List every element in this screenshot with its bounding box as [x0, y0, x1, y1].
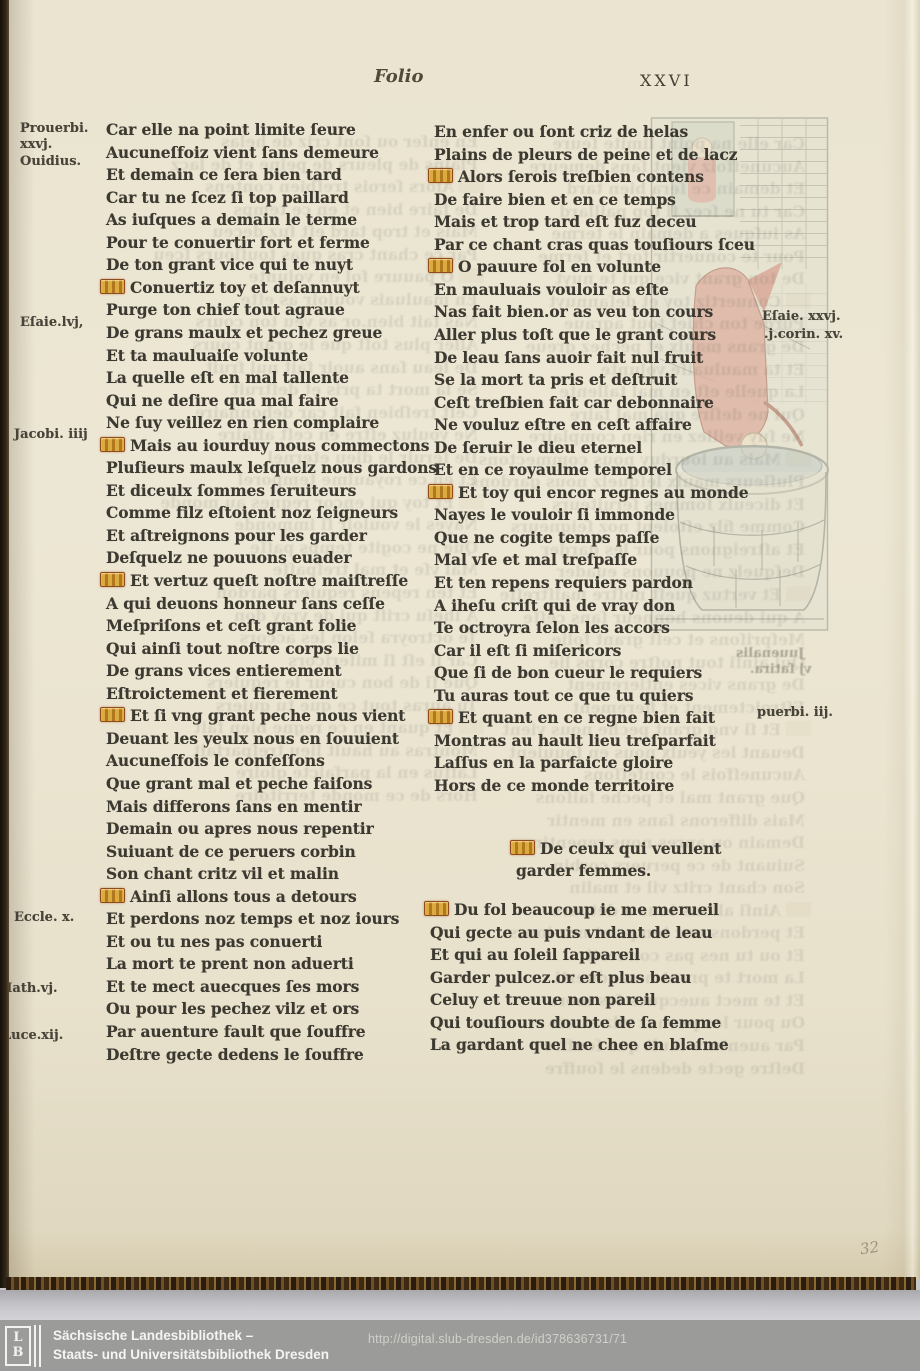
verse-text: Hors de ce monde territoire: [434, 776, 674, 795]
verse-line: Aucuneſfoiz vient ſans demeure: [106, 142, 379, 164]
verse-line: Son chant critz vil et malin: [106, 863, 339, 885]
verse-line: Pluſieurs maulx leſquelz nous gardons: [106, 457, 437, 479]
illuminated-paragraph-mark: [100, 707, 125, 722]
verse-line: Ainſi allons tous a detours: [106, 886, 357, 908]
verse-line: Ceſt treſbien fait car debonnaire: [434, 392, 714, 414]
verse-text: Mais differons ſans en mentir: [547, 811, 805, 830]
verse-line: Comme filz eſtoient noz ſeigneurs: [106, 502, 398, 524]
verse-text: garder femmes.: [516, 861, 651, 880]
margin-citation: Ouidius.: [20, 154, 81, 169]
verse-line: Hors de ce monde territoire: [434, 775, 674, 797]
verse-line: Et qui au ſoleil ſappareil: [430, 944, 640, 966]
verse-line: A qui deuons honneur ſans ceſſe: [106, 593, 385, 615]
verse-text: Eſtroictement et fierement: [106, 684, 338, 703]
verse-line: Deſquelz ne pouuons euader: [106, 547, 351, 569]
verse-text: O pauure fol en volunte: [458, 257, 661, 276]
slub-logo-letter-l: L: [13, 1331, 22, 1345]
verse-line: Et quant en ce regne bien fait: [434, 707, 715, 729]
verse-line: Et ta mauluaiſe volunte: [106, 345, 308, 367]
verse-line: Et ou tu nes pas conuerti: [106, 931, 322, 953]
verse-line: O pauure fol en volunte: [434, 256, 661, 278]
verse-text: Et aſtreignons pour les garder: [106, 526, 367, 545]
verse-text: Nas fait bien.or as veu ton cours: [434, 302, 713, 321]
verse-line: Que ſi de bon cueur le requiers: [434, 662, 702, 684]
verse-text: Car tu ne ſcez ſi top paillard: [106, 188, 349, 207]
verse-text: De faire bien et en ce temps: [434, 190, 676, 209]
verse-text: Laſſus en la parfaicte gloire: [434, 753, 673, 772]
verse-text: Par auenture fault que ſouffre: [106, 1022, 366, 1041]
verse-text: Par ce chant cras quas touſiours ſceu: [434, 235, 755, 254]
margin-citation: Jacobi. iiij: [14, 427, 88, 442]
verse-text: Et ten repens requiers pardon: [434, 573, 693, 592]
verse-text: La mort te prent non aduerti: [106, 954, 354, 973]
verse-text: Qui ne deſire qua mal faire: [106, 391, 338, 410]
verse-line: Nas fait bien.or as veu ton cours: [434, 301, 713, 323]
verse-text: Et ou tu nes pas conuerti: [106, 932, 322, 951]
slub-logo-bar: [34, 1325, 36, 1367]
verse-line: Meſpriſons et ceſt grant folie: [106, 615, 356, 637]
verse-text: Et toy qui encor regnes au monde: [458, 483, 748, 502]
verse-text: De leau ſans auoir fait nul fruit: [434, 348, 703, 367]
verse-line: De grans vices entierement: [106, 660, 342, 682]
verse-line: Celuy et treuue non pareil: [430, 989, 656, 1011]
verse-text: De grans vices entierement: [106, 661, 342, 680]
verse-text: Montras au hault lieu treſparfait: [434, 731, 716, 750]
verse-line: Montras au hault lieu treſparfait: [434, 730, 716, 752]
verse-line: Et ten repens requiers pardon: [434, 572, 693, 594]
verse-line: Deuant les yeulx nous en ſouuient: [106, 728, 399, 750]
verse-line: Car il eſt ſi miſericors: [434, 640, 621, 662]
verse-text: Aller plus toſt que le grant cours: [434, 325, 716, 344]
verse-line: De ceulx qui veullent: [516, 838, 721, 860]
verse-text: Ainſi allons tous a detours: [130, 887, 357, 906]
verse-line: En mauluais vouloir as eſte: [434, 279, 669, 301]
verse-line: Et ſi vng grant peche nous vient: [106, 705, 405, 727]
folio-number: XXVI: [640, 71, 693, 90]
verse-text: Suiuant de ce peruers corbin: [106, 842, 356, 861]
verse-line: Suiuant de ce peruers corbin: [106, 841, 356, 863]
verse-text: Plains de pleurs de peine et de lacz: [434, 145, 737, 164]
verse-text: Deſtre gecte dedens le ſouffre: [106, 1045, 364, 1064]
illuminated-paragraph-mark: [786, 721, 811, 736]
verse-line: Et te mect auecques ſes mors: [106, 976, 359, 998]
verse-text: Qui touſiours doubte de ſa femme: [430, 1013, 721, 1032]
verse-line: Aller plus toſt que le grant cours: [434, 324, 716, 346]
verse-text: A qui deuons honneur ſans ceſſe: [106, 594, 385, 613]
verse-line: La quelle eſt en mal tallente: [106, 367, 349, 389]
verse-text: Se la mort ta pris et deſtruit: [434, 370, 677, 389]
verse-text: Ou pour les pechez vilz et ors: [106, 999, 359, 1018]
verse-line: Mais differons ſans en mentir: [547, 810, 805, 832]
verse-text: Du fol beaucoup ie me merueil: [454, 900, 719, 919]
verse-text: Demain ou apres nous repentir: [106, 819, 374, 838]
illuminated-paragraph-mark: [510, 840, 535, 855]
verse-line: Se la mort ta pris et deſtruit: [434, 369, 677, 391]
verse-line: Demain ou apres nous repentir: [106, 818, 374, 840]
verse-text: Et ſi vng grant peche nous vient: [130, 706, 405, 725]
verse-text: Pour te conuertir fort et ferme: [106, 233, 370, 252]
verse-text: De grans maulx et pechez greue: [106, 323, 382, 342]
verse-text: Ceſt treſbien fait car debonnaire: [434, 393, 714, 412]
illuminated-paragraph-mark: [100, 437, 125, 452]
verse-column-left: Car elle na point limite ſeureAucuneſfoi…: [106, 119, 436, 1069]
verse-line: Que ne cogite temps paſſe: [434, 527, 659, 549]
verse-text: Nayes le vouloir ſi immonde: [434, 505, 675, 524]
margin-citation: xxvj.: [20, 137, 52, 152]
verse-line: Pour te conuertir fort et ferme: [106, 232, 370, 254]
verse-line: Du fol beaucoup ie me merueil: [430, 899, 719, 921]
verse-line: Qui ainſi tout noſtre corps lie: [106, 638, 359, 660]
verse-line: A iheſu criſt qui de vray don: [434, 595, 675, 617]
verse-line: Et aſtreignons pour les garder: [106, 525, 367, 547]
margin-citation: Luce.xij.: [2, 1028, 63, 1043]
verse-line: Mais au iourduy nous commectons: [106, 435, 429, 457]
verse-line: En enfer ou ſont criz de helas: [434, 121, 688, 143]
verse-text: Qui gecte au puis vndant de leau: [430, 923, 712, 942]
verse-line: De leau ſans auoir fait nul fruit: [434, 347, 703, 369]
verse-column-right-bottom: Du fol beaucoup ie me merueilQui gecte a…: [430, 899, 760, 1064]
verse-text: Purge ton chief tout agraue: [106, 300, 345, 319]
verse-line: La mort te prent non aduerti: [106, 953, 354, 975]
verse-text: De ton grant vice qui te nuyt: [106, 255, 353, 274]
verse-line: Mais et trop tard eſt fuz deceu: [434, 211, 697, 233]
verse-text: Meſpriſons et ceſt grant folie: [106, 616, 356, 635]
verse-text: Et diceulx ſommes ſeruiteurs: [106, 481, 356, 500]
verse-text: Que grant mal et peche faiſons: [106, 774, 372, 793]
illuminated-paragraph-mark: [428, 484, 453, 499]
verse-text: Aucuneſfois le confeſſons: [106, 751, 325, 770]
verse-line: Te octroyra ſelon les accors: [434, 617, 670, 639]
verse-text: Mais et trop tard eſt fuz deceu: [434, 212, 697, 231]
verse-text: Mais differons ſans en mentir: [106, 797, 362, 816]
verse-text: Aucuneſfoiz vient ſans demeure: [106, 143, 379, 162]
verse-line: Alors ſerois treſbien contens: [434, 166, 704, 188]
verse-line: garder femmes.: [516, 860, 651, 882]
slub-logo-letter-b: B: [13, 1346, 24, 1360]
verse-text: Deuant les yeulx nous en ſouuient: [106, 729, 399, 748]
verse-text: Qui ainſi tout noſtre corps lie: [106, 639, 359, 658]
verse-text: Car il eſt ſi miſericors: [434, 641, 621, 660]
verse-text: Et qui au ſoleil ſappareil: [430, 945, 640, 964]
verse-text: Que ſi de bon cueur le requiers: [434, 663, 702, 682]
verse-text: Et te mect auecques ſes mors: [106, 977, 359, 996]
digitized-manuscript-scan: En enfer ou ſont criz de helasPlains de …: [0, 0, 920, 1371]
library-footer-bar: L B Sächsische Landesbibliothek – Staats…: [0, 1320, 920, 1371]
verse-line: Mal vſe et mal treſpaſſe: [434, 549, 637, 571]
verse-text: Alors ſerois treſbien contens: [458, 167, 704, 186]
verse-text: Celuy et treuue non pareil: [430, 990, 656, 1009]
verse-line: Deſtre gecte dedens le ſouffre: [106, 1044, 364, 1066]
verse-line: Ou pour les pechez vilz et ors: [106, 998, 359, 1020]
verse-line: Purge ton chief tout agraue: [106, 299, 345, 321]
verse-text: Pluſieurs maulx leſquelz nous gardons: [106, 458, 437, 477]
verse-line: Plains de pleurs de peine et de lacz: [434, 144, 737, 166]
margin-citation: vj ſatira.: [750, 662, 812, 677]
verse-line: Ne ſuy veillez en rien complaire: [106, 412, 379, 434]
verse-text: Que ne cogite temps paſſe: [434, 528, 659, 547]
verse-line: Conuertiz toy et deſannuyt: [106, 277, 360, 299]
verse-text: Ne ſuy veillez en rien complaire: [106, 413, 379, 432]
verse-line: Qui ne deſire qua mal faire: [106, 390, 338, 412]
verse-text: Comme filz eſtoient noz ſeigneurs: [106, 503, 398, 522]
verse-text: En mauluais vouloir as eſte: [434, 280, 669, 299]
verse-line: Tu auras tout ce que tu quiers: [434, 685, 693, 707]
margin-citation: Eccle. x.: [14, 910, 74, 925]
verse-text: Et vertuz queſt noſtre maiſtreſſe: [130, 571, 408, 590]
verse-line: De ton grant vice qui te nuyt: [106, 254, 353, 276]
verse-text: En enfer ou ſont criz de helas: [434, 122, 688, 141]
illuminated-paragraph-mark: [424, 901, 449, 916]
verse-line: Laſſus en la parfaicte gloire: [434, 752, 673, 774]
verse-text: Tu auras tout ce que tu quiers: [434, 686, 693, 705]
verse-text: Et quant en ce regne bien fait: [458, 708, 715, 727]
verse-text: Et en ce royaulme temporel: [434, 460, 672, 479]
verse-line: Et en ce royaulme temporel: [434, 459, 672, 481]
handwritten-page-number: 32: [859, 1238, 881, 1259]
verse-line: Et toy qui encor regnes au monde: [434, 482, 748, 504]
margin-citation: Eſaie.lvj,: [20, 315, 83, 330]
verse-text: La quelle eſt en mal tallente: [106, 368, 349, 387]
verse-text: De ſeruir le dieu eternel: [434, 438, 642, 457]
verse-line: Nayes le vouloir ſi immonde: [434, 504, 675, 526]
verse-line: Qui gecte au puis vndant de leau: [430, 922, 712, 944]
manuscript-page: En enfer ou ſont criz de helasPlains de …: [0, 0, 920, 1279]
margin-citation: .j.corin. xv.: [764, 327, 843, 342]
verse-text: Son chant critz vil et malin: [106, 864, 339, 883]
verse-line: Mais differons ſans en mentir: [106, 796, 362, 818]
margin-citation: Juuenalis: [736, 646, 804, 661]
verse-text: As iuſques a demain le terme: [106, 210, 357, 229]
verse-text: Mais au iourduy nous commectons: [130, 436, 429, 455]
verse-line: Ne vouluz eſtre en ceſt affaire: [434, 414, 692, 436]
verse-text: Te octroyra ſelon les accors: [434, 618, 670, 637]
verse-text: Et demain ce ſera bien tard: [106, 165, 342, 184]
verse-line: De ſeruir le dieu eternel: [434, 437, 642, 459]
library-name: Sächsische Landesbibliothek – Staats- un…: [53, 1327, 329, 1365]
verse-text: Et ta mauluaiſe volunte: [106, 346, 308, 365]
verse-line: Que grant mal et peche faiſons: [106, 773, 372, 795]
verse-line: Eſtroictement et fierement: [106, 683, 338, 705]
verse-text: Car elle na point limite ſeure: [106, 120, 356, 139]
background-cloth: [0, 1290, 920, 1320]
folio-label: Folio: [374, 66, 423, 87]
verse-text: Garder pulcez.or eſt plus beau: [430, 968, 691, 987]
verse-text: De ceulx qui veullent: [540, 839, 721, 858]
verse-line: Aucuneſfois le confeſſons: [106, 750, 325, 772]
illuminated-paragraph-mark: [428, 258, 453, 273]
illuminated-paragraph-mark: [428, 168, 453, 183]
verse-column-right: En enfer ou ſont criz de helasPlains de …: [434, 121, 764, 801]
verse-line: As iuſques a demain le terme: [106, 209, 357, 231]
illuminated-paragraph-mark: [428, 709, 453, 724]
slub-logo-box: L B: [5, 1326, 31, 1366]
verse-text: La gardant quel ne chee en blaſme: [430, 1035, 729, 1054]
verse-line: Garder pulcez.or eſt plus beau: [430, 967, 691, 989]
verse-text: Deſquelz ne pouuons euader: [106, 548, 351, 567]
illuminated-paragraph-mark: [100, 888, 125, 903]
verse-text: A iheſu criſt qui de vray don: [434, 596, 675, 615]
verse-line: Qui touſiours doubte de ſa femme: [430, 1012, 721, 1034]
slub-logo-bar: [39, 1325, 41, 1367]
verse-line: La gardant quel ne chee en blaſme: [430, 1034, 729, 1056]
book-spine-edge: [0, 0, 9, 1288]
margin-citation: puerbi. iij.: [757, 705, 833, 720]
margin-citation: Prouerbi.: [20, 121, 88, 136]
slub-logo: L B: [5, 1325, 41, 1367]
verse-line: Et perdons noz temps et noz iours: [106, 908, 399, 930]
verse-line: De faire bien et en ce temps: [434, 189, 676, 211]
verse-line: Par auenture fault que ſouffre: [106, 1021, 366, 1043]
verse-text: Ne vouluz eſtre en ceſt affaire: [434, 415, 692, 434]
verse-text: Et perdons noz temps et noz iours: [106, 909, 399, 928]
verse-line: Et diceulx ſommes ſeruiteurs: [106, 480, 356, 502]
illuminated-paragraph-mark: [100, 279, 125, 294]
section-heading-de-ceulx: De ceulx qui veullentgarder femmes.: [516, 838, 776, 886]
verse-line: Et vertuz queſt noſtre maiſtreſſe: [106, 570, 408, 592]
verse-line: Car elle na point limite ſeure: [106, 119, 356, 141]
verse-text: Conuertiz toy et deſannuyt: [130, 278, 360, 297]
margin-citation: Eſaie. xxvj.: [762, 309, 840, 324]
verse-line: Car tu ne ſcez ſi top paillard: [106, 187, 349, 209]
verse-line: Par ce chant cras quas touſiours ſceu: [434, 234, 755, 256]
verse-line: Et demain ce ſera bien tard: [106, 164, 342, 186]
persistent-url: http://digital.slub-dresden.de/id3786367…: [368, 1332, 627, 1346]
illuminated-paragraph-mark: [786, 902, 811, 917]
verse-line: De grans maulx et pechez greue: [106, 322, 382, 344]
illuminated-paragraph-mark: [100, 572, 125, 587]
library-name-line1: Sächsische Landesbibliothek –: [53, 1327, 329, 1346]
verse-text: Mal vſe et mal treſpaſſe: [434, 550, 637, 569]
library-name-line2: Staats- und Universitätsbibliothek Dresd…: [53, 1346, 329, 1365]
